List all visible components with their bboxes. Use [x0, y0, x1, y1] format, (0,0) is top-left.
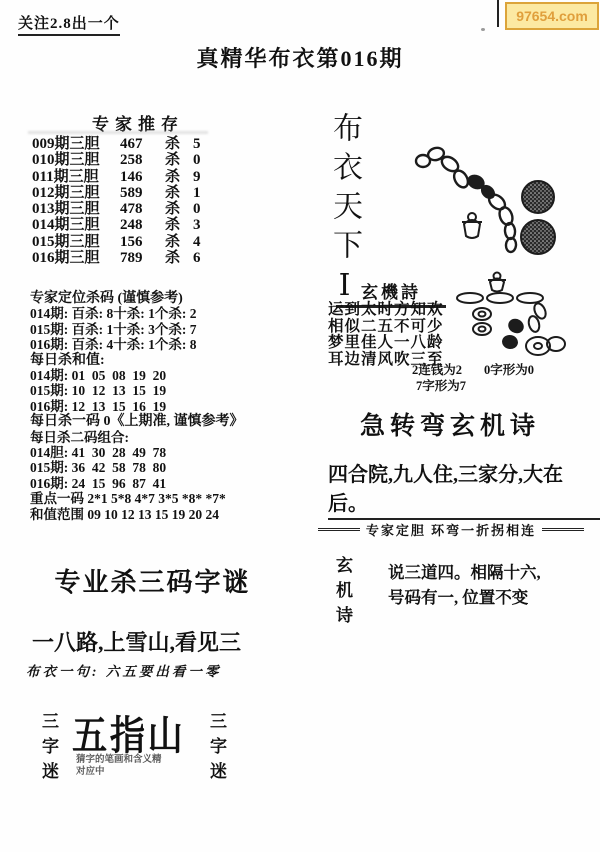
kill-label: 杀 [165, 217, 193, 233]
caption-line: 对应中 [76, 766, 162, 778]
table-row: 012期三胆 589 杀 1 [32, 185, 242, 201]
key-one-line: 重点一码 2*1 5*8 4*7 3*5 *8* *7* [30, 491, 310, 506]
poem-line: 运到太时方知欢 [328, 302, 444, 319]
kill-cell: 0 [193, 201, 207, 217]
divider-line [318, 528, 360, 531]
issue-cell: 013期三胆 [32, 201, 120, 217]
sharp-turn-riddle: 四合院,九人住,三家分,大在后。 [328, 458, 600, 520]
issue-cell: 012期三胆 [32, 185, 120, 201]
position-kill-block: 专家定位杀码 (谨慎参考) 014期: 百杀: 8十杀: 1个杀: 2 015期… [30, 291, 310, 522]
poem-line: 说三道四。相隔十六, [388, 560, 541, 585]
position-kill-row: 016期: 百杀: 4十杀: 1个杀: 8 [30, 337, 310, 352]
bead-chain-drawing [398, 132, 578, 262]
dan-cell: 467 [120, 136, 165, 152]
kill-cell: 0 [193, 152, 207, 168]
kill-label: 杀 [165, 152, 193, 168]
site-badge[interactable]: 97654.com [505, 2, 599, 30]
dan-cell: 248 [120, 217, 165, 233]
sum-range-line: 和值范围 09 10 12 13 15 19 20 24 [30, 507, 310, 522]
poem-line: 号码有一, 位置不变 [388, 585, 541, 610]
table-row: 009期三胆 467 杀 5 [32, 136, 242, 152]
xuanji2-vertical-title: 玄机诗 [330, 556, 355, 631]
table-row: 015期三胆 156 杀 4 [32, 234, 242, 250]
print-smudge [28, 131, 208, 134]
dan-cell: 789 [120, 250, 165, 266]
kill-cell: 6 [193, 250, 207, 266]
kill-label: 杀 [165, 201, 193, 217]
divider-line [542, 528, 584, 531]
table-row: 016期三胆 789 杀 6 [32, 250, 242, 266]
three-char-answer: 五指山 [72, 704, 186, 761]
kill-label: 杀 [165, 136, 193, 152]
xuanji-poem: 运到太时方知欢 相似二五不可少 梦里佳人一八龄 耳边清风吹三至 [328, 302, 444, 368]
three-char-caption: 猜字的笔画和含义精 对应中 [76, 754, 162, 778]
kill-label: 杀 [165, 234, 193, 250]
daily-two-row: 016期: 24 15 96 87 41 [30, 476, 310, 491]
daily-sum-header: 每日杀和值: [30, 353, 310, 368]
top-divider-line [497, 0, 499, 27]
print-speck [481, 28, 485, 31]
daily-one-kill-line: 每日杀一码 0《上期准, 谨慎参考》 [30, 414, 310, 429]
table-row: 014期三胆 248 杀 3 [32, 217, 242, 233]
issue-cell: 009期三胆 [32, 136, 120, 152]
issue-cell: 011期三胆 [32, 169, 120, 185]
issue-cell: 015期三胆 [32, 234, 120, 250]
position-kill-header: 专家定位杀码 (谨慎参考) [30, 291, 310, 306]
issue-cell: 010期三胆 [32, 152, 120, 168]
issue-cell: 016期三胆 [32, 250, 120, 266]
dan-cell: 146 [120, 169, 165, 185]
kill-cell: 1 [193, 185, 207, 201]
daily-two-row: 014胆: 41 30 28 49 78 [30, 445, 310, 460]
issue-cell: 014期三胆 [32, 217, 120, 233]
sharp-turn-title: 急转弯玄机诗 [310, 406, 590, 442]
kill-label: 杀 [165, 169, 193, 185]
three-code-riddle: 一八路,上雪山,看见三 [32, 626, 272, 657]
xuanji2-lines: 说三道四。相隔十六, 号码有一, 位置不变 [388, 560, 541, 610]
expert-dan-divider: 专家定胆 环弯一折拐相连 [318, 520, 584, 539]
three-code-title: 专业杀三码字谜 [40, 562, 265, 599]
daily-sum-row: 016期: 12 13 15 16 19 [30, 399, 310, 414]
page-title: 真精华布衣第016期 [0, 42, 600, 73]
daily-two-header: 每日杀二码组合: [30, 430, 310, 445]
three-char-label-left: 三字迷 [36, 712, 61, 787]
annotation: 0字形为0 [484, 360, 534, 378]
daily-two-row: 015期: 36 42 58 78 80 [30, 460, 310, 475]
dan-cell: 589 [120, 185, 165, 201]
coin-chain-drawing [452, 270, 567, 362]
kill-label: 杀 [165, 185, 193, 201]
kill-label: 杀 [165, 250, 193, 266]
daily-sum-row: 015期: 10 12 13 15 19 [30, 383, 310, 398]
page: 关注2.8出一个 97654.com 真精华布衣第016期 专家推存 009期三… [0, 0, 600, 852]
daily-sum-row: 014期: 01 05 08 19 20 [30, 368, 310, 383]
dan-cell: 258 [120, 152, 165, 168]
three-char-label-right: 三字迷 [204, 712, 229, 787]
kill-cell: 9 [193, 169, 207, 185]
poem-line: 相似二五不可少 [328, 319, 444, 336]
buyi-sentence: 布衣一句: 六五要出看一零 [26, 660, 221, 680]
top-follow-note: 关注2.8出一个 [18, 12, 120, 36]
kill-cell: 5 [193, 136, 207, 152]
position-kill-row: 014期: 百杀: 8十杀: 1个杀: 2 [30, 306, 310, 321]
kill-cell: 4 [193, 234, 207, 250]
divider-text: 专家定胆 环弯一折拐相连 [360, 520, 542, 539]
poem-line: 梦里佳人一八龄 [328, 335, 444, 352]
table-row: 011期三胆 146 杀 9 [32, 169, 242, 185]
position-kill-row: 015期: 百杀: 1十杀: 3个杀: 7 [30, 322, 310, 337]
caption-line: 猜字的笔画和含义精 [76, 754, 162, 766]
table-row: 010期三胆 258 杀 0 [32, 152, 242, 168]
dan-cell: 478 [120, 201, 165, 217]
table-row: 013期三胆 478 杀 0 [32, 201, 242, 217]
kill-cell: 3 [193, 217, 207, 233]
dan-cell: 156 [120, 234, 165, 250]
annotation: 7字形为7 [416, 376, 466, 394]
expert-list: 009期三胆 467 杀 5 010期三胆 258 杀 0 011期三胆 146… [32, 136, 242, 266]
